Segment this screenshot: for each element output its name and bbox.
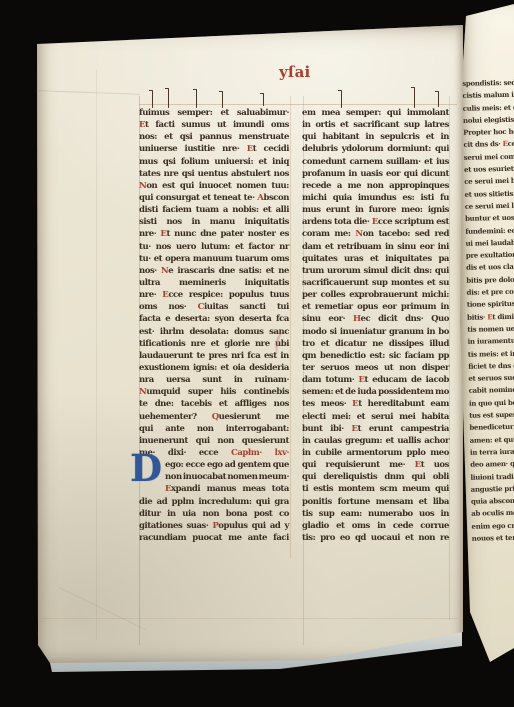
text-run: deserta: (175, 314, 210, 324)
text-run: sepulcris (380, 132, 419, 142)
text-run: clama (503, 262, 514, 271)
text-run: qui (435, 266, 449, 276)
text-run: inuocet (199, 181, 232, 191)
text-run: meas (242, 484, 265, 494)
text-run: dicit (391, 266, 410, 276)
text-run: contri (505, 287, 514, 296)
text-run: non (418, 533, 435, 543)
text-run: ecce (185, 460, 204, 470)
text-line: cistis malum in o (462, 90, 514, 104)
text-run: die· (354, 217, 370, 227)
text-run: in (302, 436, 311, 446)
text-run: colles (320, 290, 345, 300)
text-run: dnm (384, 472, 404, 482)
text-run: gra (274, 497, 289, 507)
text-run: scm (380, 484, 398, 494)
text-run: tota (334, 217, 351, 227)
text-line: quiantenoninterrogabant: (139, 424, 289, 436)
text-run: t (421, 460, 424, 470)
text-run: desolata: (189, 327, 228, 337)
text-run: e (165, 314, 170, 324)
text-run: co (279, 509, 289, 519)
text-run: te (489, 361, 496, 370)
text-line: dis et uos clama (466, 262, 514, 276)
text-run: sup (372, 278, 388, 288)
text-run: oms (352, 521, 370, 531)
text-run: ad (270, 521, 281, 531)
text-run: illud (429, 339, 449, 349)
text-line: distifaciemtuamanobis:etalli (139, 205, 289, 217)
text-run: qsi (182, 169, 195, 179)
text-line: semen:etdeiudapossidentemmo (302, 387, 449, 399)
text-run: imundi (233, 120, 264, 130)
text-run: non (367, 181, 384, 191)
text-run: granum (389, 327, 424, 337)
text-run: michi: (422, 290, 449, 300)
text-run: cce (508, 139, 514, 148)
text-run: ruinam· (255, 375, 289, 385)
text-run: opulus (218, 521, 247, 531)
text-run: priores: (504, 483, 514, 493)
text-run: elegistis· (484, 115, 514, 125)
text-run: uniuerse (139, 144, 177, 154)
text-run: hiis (220, 387, 236, 397)
text-run: me: (334, 229, 350, 239)
text-run: dormiunt: (387, 144, 431, 154)
text-run: pplm (172, 497, 194, 507)
text-run: eo (340, 533, 350, 543)
text-line: nrauersasuntinruinam· (139, 375, 289, 387)
text-run: nos· (168, 302, 186, 312)
text-line: musqsifoliumuniuersi:etiniq (139, 157, 289, 169)
text-run: uallis (397, 436, 420, 446)
text-run: sacrificauerunt (302, 278, 368, 288)
text-run: dicunt (421, 169, 449, 179)
text-run: requisierunt (326, 460, 380, 470)
text-line: dieadpplmincredulum:quigra (139, 497, 289, 509)
text-run: cubile (315, 448, 341, 458)
text-run: manuum (193, 254, 232, 264)
rubricated-text: Capłm· (231, 448, 262, 458)
ruling-line (42, 618, 458, 619)
text-run: uersa (166, 375, 190, 385)
adjacent-page-edge: spondistis: sed fecistis malum in oculis… (456, 2, 514, 670)
text-line: buntur et uos con (465, 212, 514, 226)
text-run: ultra (139, 278, 160, 288)
text-line: qmbenedictioest:sicfaciampp (302, 351, 449, 363)
text-run: nomen (227, 472, 257, 482)
text-run: et (258, 157, 266, 167)
text-run: et (385, 436, 393, 446)
text-run: de (345, 387, 355, 397)
text-run: dis: (466, 288, 479, 297)
text-line: omsnos·Ciuitassanctitui (139, 302, 289, 314)
text-run: qui (411, 472, 425, 482)
text-run: me (275, 412, 289, 422)
text-run: uras (344, 254, 363, 264)
text-run: et (235, 242, 243, 252)
text-run: in (348, 169, 357, 179)
text-run: tradite (496, 471, 514, 481)
text-run: seruos (478, 373, 502, 383)
text-line: profanuminuasiseorquidicunt (302, 169, 449, 181)
text-line: et uos sitietis: ec (464, 188, 514, 202)
text-run: tates (139, 169, 160, 179)
text-run: fca (276, 314, 289, 324)
text-run: disper (422, 363, 449, 373)
text-run: uesierunt (219, 412, 261, 422)
text-run: ne (278, 266, 289, 276)
text-run: cabit (469, 386, 487, 395)
text-run: ecce (507, 225, 514, 234)
text-run: iniquitates (385, 254, 432, 264)
text-line: et uos esurietis: ec (464, 163, 514, 177)
text-line: gitationessuas·Populusquiady (139, 521, 289, 533)
text-line: spondistis: sed fe (462, 77, 514, 91)
text-line: tus est super terram (469, 409, 514, 423)
text-run: ego (207, 460, 223, 470)
text-run: uos (419, 509, 434, 519)
text-run: fortune (338, 497, 370, 507)
manuscript-photo: yſai fuimussemper:etsaluabimur·Etfactisu… (0, 0, 514, 707)
text-run: eor· (328, 314, 345, 324)
text-run: nre· (222, 144, 239, 154)
text-run: qui (302, 132, 316, 142)
text-run: erunt (326, 205, 350, 215)
text-line: fundemini: ecce ser (465, 225, 514, 239)
text-run: fu (440, 193, 449, 203)
text-run: nomine (489, 385, 514, 395)
text-run: et (357, 412, 365, 422)
text-run: tis: (302, 533, 315, 543)
text-run: et (220, 108, 228, 118)
text-run: re (440, 533, 449, 543)
text-run: semper: (346, 108, 381, 118)
text-run: cistis (462, 91, 481, 100)
text-run: caulas (314, 436, 342, 446)
text-line: nos:etqsipannusmenstruate (139, 132, 289, 144)
text-run: cecidi (264, 144, 289, 154)
text-run: nos (274, 169, 289, 179)
text-run: nos (156, 242, 171, 252)
text-run: qui (180, 181, 194, 191)
text-run: oms (271, 254, 289, 264)
text-run: iuramentum (477, 336, 514, 346)
text-run: noster (248, 229, 276, 239)
text-run: sunt (202, 375, 221, 385)
text-run: per (302, 290, 316, 300)
text-run: on (146, 181, 157, 191)
text-run: et (336, 521, 344, 531)
text-run: tis (468, 349, 477, 358)
text-run: sitietis: (489, 188, 514, 198)
text-run: tro (302, 339, 315, 349)
text-run: y (285, 521, 290, 531)
text-run: abstulert (231, 169, 270, 179)
text-run: tu· (139, 254, 151, 264)
text-run: quia (510, 459, 514, 468)
text-run: syon (215, 314, 235, 324)
text-run: in (355, 205, 364, 215)
text-run: furore (369, 205, 396, 215)
text-run: iniquitatis (245, 217, 289, 227)
text-run: populus (229, 290, 264, 300)
text-run: inter (510, 348, 514, 357)
text-run: et (464, 189, 471, 198)
text-run: in (385, 242, 394, 252)
text-run: qsi (180, 132, 193, 142)
text-run: tificationis (139, 339, 185, 349)
text-line: uniuerseiustitienre·Etcecidi (139, 144, 289, 156)
text-run: est (436, 217, 449, 227)
text-run: et (494, 435, 501, 444)
text-line: nos·Neirascarisdnesatis:etne (139, 266, 289, 278)
text-run: oms (139, 302, 157, 312)
text-run: et (154, 254, 162, 264)
text-run: possidentem (378, 387, 433, 397)
text-line: ficiet te dns deus (468, 360, 514, 374)
text-line: tis meis: et inter (468, 348, 514, 362)
text-run: habitant (322, 132, 359, 142)
text-run: erunt (369, 424, 393, 434)
text-run: fundemini: (465, 226, 505, 236)
text-run: non (217, 436, 234, 446)
text-run: mei (475, 238, 489, 247)
text-run: sed (503, 78, 514, 87)
text-line: tatesnreqsiuentusabstulertnos (139, 169, 289, 181)
text-run: et (370, 254, 378, 264)
text-line: nre·Eccerespice:populustuus (139, 290, 289, 302)
text-line: nre·Etnuncdnepaternosteres (139, 229, 289, 241)
text-run: in (469, 398, 476, 407)
text-run: tacebo: (378, 229, 410, 239)
text-run: profanum (302, 169, 345, 179)
text-run: t (145, 120, 148, 130)
text-run: corrue (420, 521, 449, 531)
text-run: alli (276, 205, 289, 215)
text-line: tis nomen uestrum (467, 323, 514, 337)
text-run: pater (221, 229, 244, 239)
text-run: uos (488, 263, 501, 272)
text-run: eam (430, 399, 449, 409)
text-run: et (340, 120, 348, 130)
text-run: urorum (327, 266, 360, 276)
text-run: et (263, 205, 271, 215)
text-run: uestrum (506, 323, 514, 333)
text-run: nomen (478, 324, 503, 334)
text-run: simul (364, 266, 388, 276)
text-line: tissupeam:numerabouosin (302, 509, 449, 521)
text-line: ce serui mei bibent (464, 176, 514, 190)
text-run: cce (378, 217, 392, 227)
text-run: tuu: (271, 181, 289, 191)
text-line: recedeamenonappropinques (302, 181, 449, 193)
text-run: red (434, 229, 448, 239)
text-run: meos (355, 363, 378, 373)
text-run: ponitis (302, 497, 332, 507)
text-run: manu (210, 217, 235, 227)
text-run: te (196, 351, 204, 361)
text-run: meo: (401, 205, 422, 215)
text-run: sed (415, 229, 430, 239)
text-run: laudabunt (491, 237, 514, 247)
text-run: a (337, 181, 342, 191)
text-run: campestria (401, 424, 449, 434)
text-run: desideria (249, 363, 289, 373)
text-run: continebis (244, 387, 289, 397)
text-run: incredulum: (198, 497, 251, 507)
text-line: cit dns ds· Ecce (463, 139, 514, 153)
text-run: in (302, 120, 311, 130)
text-line: tedne:tacebisetaffligesnos (139, 399, 289, 411)
text-run: et (426, 132, 434, 142)
text-run: tuus (270, 290, 289, 300)
text-run: faciam (405, 351, 434, 361)
text-run: meum (402, 484, 430, 494)
text-run: faciem (162, 205, 191, 215)
text-line: cabit nomine alio: (469, 385, 514, 399)
text-run: dereliquistis (323, 472, 377, 482)
text-run: achor (424, 436, 449, 446)
text-run: trum (302, 266, 324, 276)
text-run: meis: (482, 103, 502, 112)
text-run: mensam (376, 497, 413, 507)
text-run: nre· (139, 229, 156, 239)
text-run: et (492, 213, 499, 222)
text-line: angustie priores: et (471, 483, 514, 497)
text-run: et (302, 302, 310, 312)
rubricated-text: lxv· (275, 448, 289, 458)
text-run: et (219, 399, 227, 409)
text-run: post (254, 509, 273, 519)
text-run: meo (430, 448, 449, 458)
text-line: tificationisnreetglorienreubi (139, 339, 289, 351)
text-run: dicatur (335, 339, 366, 349)
text-run: t (166, 229, 169, 239)
text-run: sup (319, 509, 335, 519)
text-run: eor (420, 242, 434, 252)
text-run: meos· (321, 399, 347, 409)
text-run: bunt (302, 424, 322, 434)
text-run: remetiar (315, 302, 353, 312)
text-line: tu·etoperamanuumtuarumoms (139, 254, 289, 266)
text-run: nre (164, 169, 179, 179)
text-run: interrogabant: (226, 424, 289, 434)
text-run: Quo (431, 314, 449, 324)
text-run: non (399, 363, 416, 373)
text-line: in iuramentum elec (468, 335, 514, 349)
text-line: ui mei laudabunt (465, 237, 514, 251)
text-run: inueniatur (340, 327, 386, 337)
text-run: tis (302, 509, 313, 519)
text-run: quia (333, 193, 352, 203)
text-run: liba (433, 497, 449, 507)
text-run: in (440, 509, 449, 519)
parchment-crease (96, 70, 97, 640)
text-run: lutum: (201, 242, 230, 252)
text-run: terra (479, 447, 497, 456)
text-run: uocaui (371, 533, 400, 543)
text-run: educam (372, 375, 407, 385)
text-run: dne (219, 266, 235, 276)
text-run: sup (404, 120, 420, 130)
text-run: benedictio (320, 351, 366, 361)
text-line: incubilearmentorumpplomeo (302, 448, 449, 460)
text-run: pannus (199, 132, 231, 142)
text-run: in (427, 327, 436, 337)
text-line: quidereliquistisdnmquiobli (302, 472, 449, 484)
text-run: sancti (239, 302, 265, 312)
text-run: es: (402, 193, 414, 203)
text-run: me· (389, 460, 405, 470)
text-run: qui (196, 436, 210, 446)
text-run: t (365, 375, 368, 385)
text-run: bitis· (467, 312, 485, 321)
text-run: pp (438, 351, 449, 361)
text-run: gladio (302, 521, 329, 531)
text-run: meis· (506, 508, 514, 517)
text-run: ignis: (193, 363, 217, 373)
text-line: tiestismontemscmmeumqui (302, 484, 449, 496)
text-run: ui (465, 239, 472, 248)
text-run: sumus (181, 120, 210, 130)
text-run: dixi· (168, 448, 186, 458)
text-run: pa (438, 254, 449, 264)
text-run: comedent (500, 151, 514, 161)
text-run: deserta (239, 314, 271, 324)
text-run: in (365, 132, 374, 142)
text-run: amen· (485, 459, 508, 468)
text-run: cit (463, 140, 472, 149)
text-run: ini (438, 242, 449, 252)
text-line: culis meis: et que (463, 102, 514, 116)
text-run: et (164, 132, 172, 142)
text-run: pre (491, 287, 503, 296)
text-run: sic (389, 351, 401, 361)
text-line: quia abscondite sunt (471, 495, 514, 509)
text-run: in (468, 337, 475, 346)
text-run: terram (505, 533, 514, 543)
text-run: umquid (146, 387, 180, 397)
text-run: ad (157, 497, 168, 507)
text-run: meis: (479, 349, 499, 358)
text-line: diturinuianonbonapostco (139, 509, 289, 521)
text-run: serui (474, 177, 493, 186)
text-run: abscondite (489, 496, 514, 506)
text-run: sacrificant (353, 120, 399, 130)
text-run: pplo (407, 448, 426, 458)
text-run: qui (252, 521, 266, 531)
text-run: mus (139, 157, 158, 167)
text-run: semper: (177, 108, 212, 118)
text-run: in (167, 509, 176, 519)
text-run: dns· (405, 314, 423, 324)
text-run: me (228, 533, 242, 543)
text-run: sinu (302, 314, 321, 324)
text-run: opus (357, 302, 378, 312)
text-run: retribuam (337, 242, 381, 252)
text-run: iuitas (204, 302, 228, 312)
text-run: uos (474, 189, 487, 198)
text-run: uehementer? (139, 412, 197, 422)
text-run: montes (391, 278, 423, 288)
text-run: creo (507, 520, 514, 529)
text-run: in (234, 375, 243, 385)
text-line: ab oculis meis· Ecce (471, 508, 514, 522)
text-run: eor (386, 169, 400, 179)
text-line: et seruos suos uo (468, 372, 514, 386)
text-run: exustionem (139, 363, 189, 373)
